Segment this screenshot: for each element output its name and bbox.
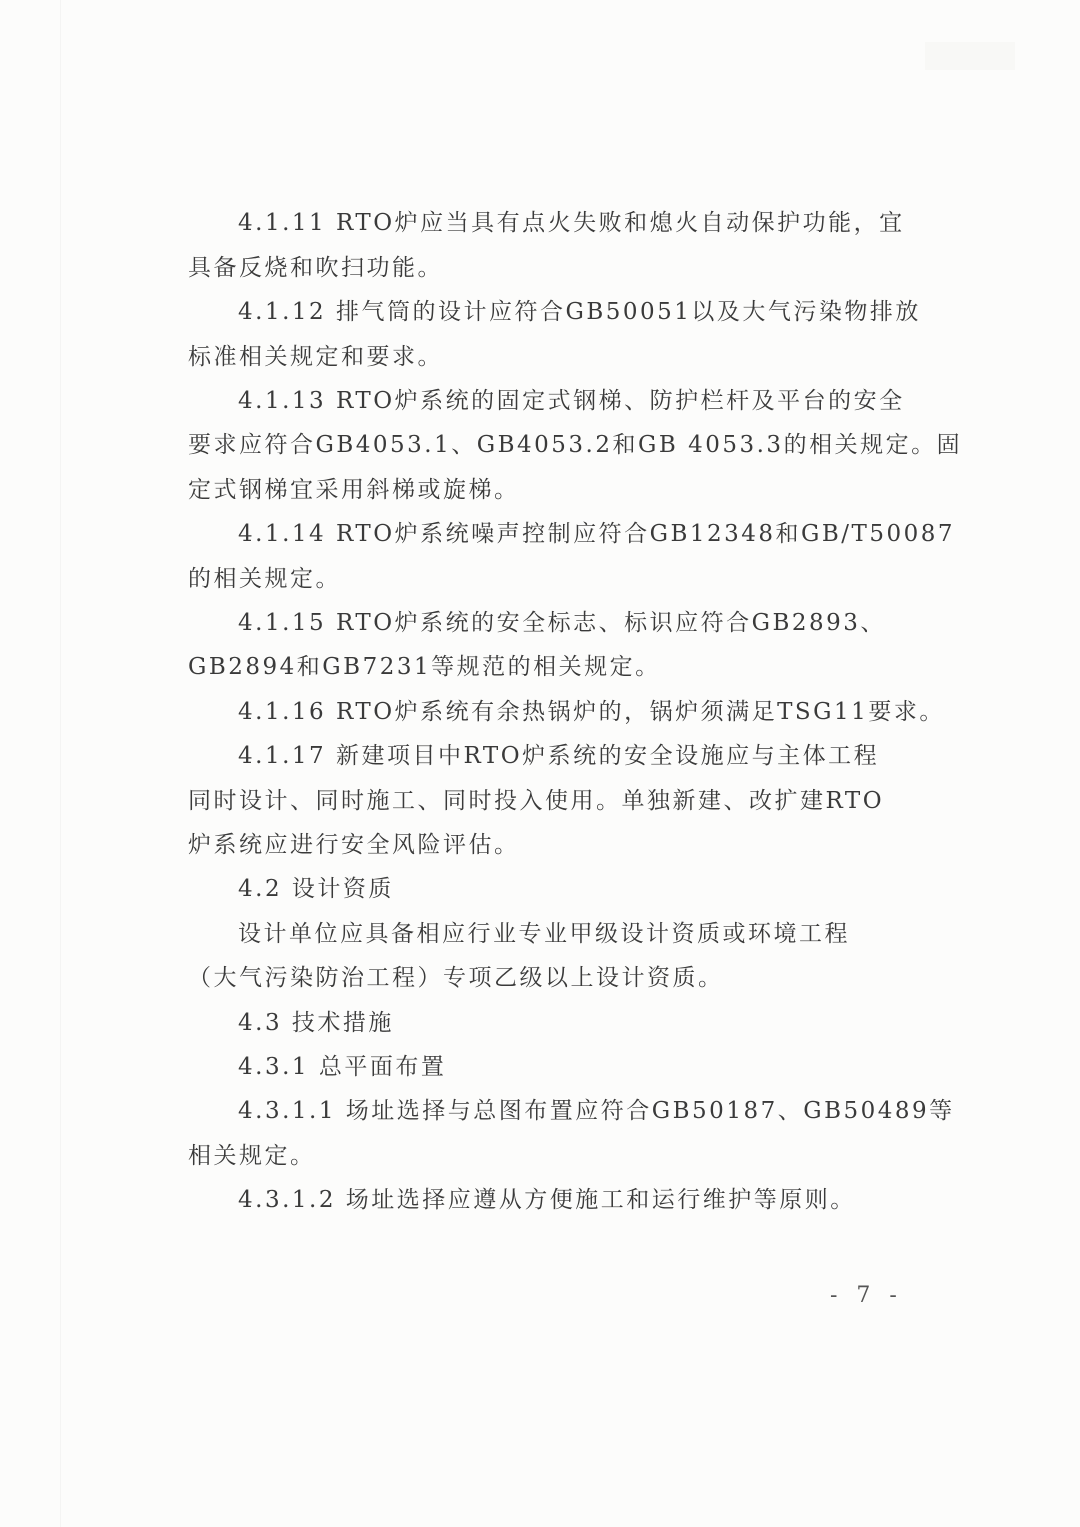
clause-4-1-13-line-2: 要求应符合GB4053.1、GB4053.2和GB 4053.3的相关规定。固 <box>188 430 962 460</box>
document-page: 4.1.11 RTO炉应当具有点火失败和熄火自动保护功能，宜 具备反烧和吹扫功能… <box>0 0 1080 1527</box>
clause-4-1-16-line-1: 4.1.16 RTO炉系统有余热锅炉的，锅炉须满足TSG11要求。 <box>238 697 945 727</box>
clause-4-3-1-1-line-2: 相关规定。 <box>188 1141 316 1171</box>
clause-4-1-15-line-1: 4.1.15 RTO炉系统的安全标志、标识应符合GB2893、 <box>238 608 886 638</box>
section-4-2-line-2: （大气污染防治工程）专项乙级以上设计资质。 <box>188 963 724 993</box>
clause-4-1-14-line-2: 的相关规定。 <box>188 564 341 594</box>
clause-4-1-17-line-1: 4.1.17 新建项目中RTO炉系统的安全设施应与主体工程 <box>238 741 879 771</box>
clause-4-1-15-line-2: GB2894和GB7231等规范的相关规定。 <box>188 652 661 682</box>
clause-4-1-17-line-3: 炉系统应进行安全风险评估。 <box>188 830 520 860</box>
clause-4-1-11-line-2: 具备反烧和吹扫功能。 <box>188 253 443 283</box>
page-number: - 7 - <box>830 1283 903 1308</box>
section-4-2-heading: 4.2 设计资质 <box>238 874 394 904</box>
section-4-2-line-1: 设计单位应具备相应行业专业甲级设计资质或环境工程 <box>238 919 850 949</box>
clause-4-1-17-line-2: 同时设计、同时施工、同时投入使用。单独新建、改扩建RTO <box>188 786 884 816</box>
clause-4-3-1-1-line-1: 4.3.1.1 场址选择与总图布置应符合GB50187、GB50489等 <box>238 1096 955 1126</box>
clause-4-1-12-line-1: 4.1.12 排气筒的设计应符合GB50051以及大气污染物排放 <box>238 297 921 327</box>
clause-4-1-13-line-1: 4.1.13 RTO炉系统的固定式钢梯、防护栏杆及平台的安全 <box>238 386 905 416</box>
faint-stamp-mark <box>925 42 1015 70</box>
clause-4-1-13-line-3: 定式钢梯宜采用斜梯或旋梯。 <box>188 475 520 505</box>
scan-edge <box>60 0 61 1527</box>
clause-4-3-1-2-line-1: 4.3.1.2 场址选择应遵从方便施工和运行维护等原则。 <box>238 1185 856 1215</box>
clause-4-1-14-line-1: 4.1.14 RTO炉系统噪声控制应符合GB12348和GB/T50087 <box>238 519 955 549</box>
section-4-3-1-heading: 4.3.1 总平面布置 <box>238 1052 446 1082</box>
clause-4-1-12-line-2: 标准相关规定和要求。 <box>188 342 443 372</box>
section-4-3-heading: 4.3 技术措施 <box>238 1008 394 1038</box>
clause-4-1-11-line-1: 4.1.11 RTO炉应当具有点火失败和熄火自动保护功能，宜 <box>238 208 905 238</box>
